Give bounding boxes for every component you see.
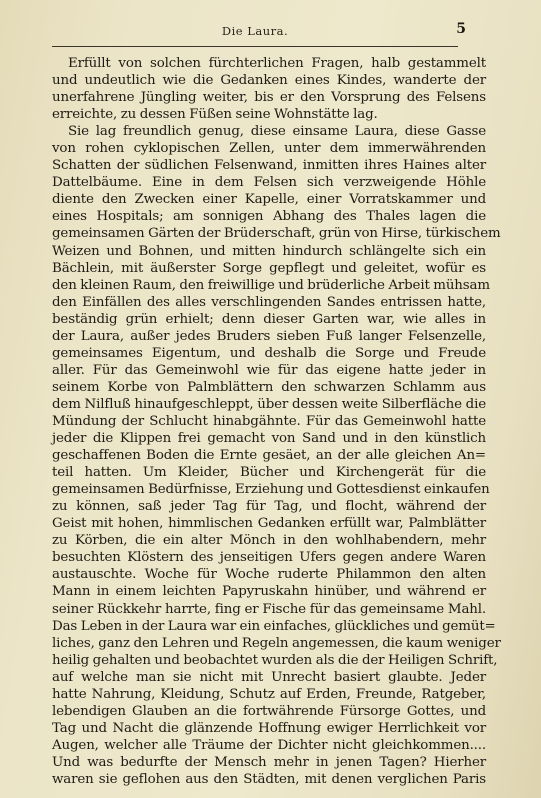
text-line: gemeinsamen Bedürfnisse, Erziehung und G…	[52, 481, 486, 498]
text-line: geschaffenen Boden die Ernte gesäet, an …	[52, 447, 486, 464]
text-line: besuchten Klöstern des jenseitigen Ufers…	[52, 549, 486, 566]
text-line: hatte Nahrung, Kleidung, Schutz auf Erde…	[52, 686, 486, 703]
book-page: Die Laura. 5 Erfüllt von solchen fürchte…	[0, 0, 541, 798]
text-line: zu Körben, die ein alter Mönch in den wo…	[52, 532, 486, 549]
text-line: zu können, saß jeder Tag für Tag, und fl…	[52, 498, 486, 515]
text-line: Und was bedurfte der Mensch mehr in jene…	[52, 754, 486, 771]
text-line: Das Leben in der Laura war ein einfaches…	[52, 618, 486, 635]
text-line: auf welche man sie nicht mit Unrecht bas…	[52, 669, 486, 686]
text-line: Erfüllt von solchen fürchterlichen Frage…	[52, 55, 486, 72]
text-line: unerfahrene Jüngling weiter, bis er den …	[52, 89, 486, 106]
text-line: und undeutlich wie die Gedanken eines Ki…	[52, 72, 486, 89]
text-line: den Einfällen des alles verschlingenden …	[52, 294, 486, 311]
body-text: Erfüllt von solchen fürchterlichen Frage…	[52, 55, 486, 788]
text-line: den kleinen Raum, den freiwillige und br…	[52, 277, 486, 294]
text-line: Geist mit hohen, himmlischen Gedanken er…	[52, 515, 486, 532]
text-line: diente den Zwecken einer Kapelle, einer …	[52, 191, 486, 208]
text-line: jeder die Klippen frei gemacht von Sand …	[52, 430, 486, 447]
text-line: beständig grün erhielt; denn dieser Gart…	[52, 311, 486, 328]
text-line: Augen, welcher alle Träume der Dichter n…	[52, 737, 486, 754]
text-line: Bächlein, mit äußerster Sorge gepflegt u…	[52, 260, 486, 277]
text-line: seiner Rückkehr harrte, fing er Fische f…	[52, 601, 486, 618]
header-rule	[52, 46, 458, 47]
running-head: Die Laura. 5	[52, 24, 458, 42]
text-line: erreichte, zu dessen Füßen seine Wohnstä…	[52, 106, 486, 123]
page-number: 5	[456, 21, 466, 37]
text-line: teil hatten. Um Kleider, Bücher und Kirc…	[52, 464, 486, 481]
text-line: Mann in einem leichten Papyruskahn hinüb…	[52, 583, 486, 600]
text-line: eines Hospitals; am sonnigen Abhang des …	[52, 208, 486, 225]
text-line: lebendigen Glauben an die fortwährende F…	[52, 703, 486, 720]
running-title: Die Laura.	[52, 24, 458, 38]
text-line: Schatten der südlichen Felsenwand, inmit…	[52, 157, 486, 174]
text-line: Dattelbäume. Eine in dem Felsen sich ver…	[52, 174, 486, 191]
text-line: Sie lag freundlich genug, diese einsame …	[52, 123, 486, 140]
text-line: heilig gehalten und beobachtet wurden al…	[52, 652, 486, 669]
text-line: Tag und Nacht die glänzende Hoffnung ewi…	[52, 720, 486, 737]
text-line: der Laura, außer jedes Bruders sieben Fu…	[52, 328, 486, 345]
text-line: gemeinsames Eigentum, und deshalb die So…	[52, 345, 486, 362]
text-line: liches, ganz den Lehren und Regeln angem…	[52, 635, 486, 652]
paragraph-2: Sie lag freundlich genug, diese einsame …	[52, 123, 486, 788]
text-line: Mündung der Schlucht hinabgähnte. Für da…	[52, 413, 486, 430]
text-line: gemeinsamen Gärten der Brüderschaft, grü…	[52, 225, 486, 242]
text-line: Weizen und Bohnen, und mitten hindurch s…	[52, 243, 486, 260]
text-line: seinem Korbe von Palmblättern den schwar…	[52, 379, 486, 396]
paragraph-1: Erfüllt von solchen fürchterlichen Frage…	[52, 55, 486, 123]
text-line: von rohen cyklopischen Zellen, unter dem…	[52, 140, 486, 157]
text-line: waren sie geflohen aus den Städten, mit …	[52, 771, 486, 788]
text-line: aller. Für das Gemeinwohl wie für das ei…	[52, 362, 486, 379]
text-line: dem Nilfluß hinaufgeschleppt, über desse…	[52, 396, 486, 413]
text-line: austauschte. Woche für Woche ruderte Phi…	[52, 566, 486, 583]
